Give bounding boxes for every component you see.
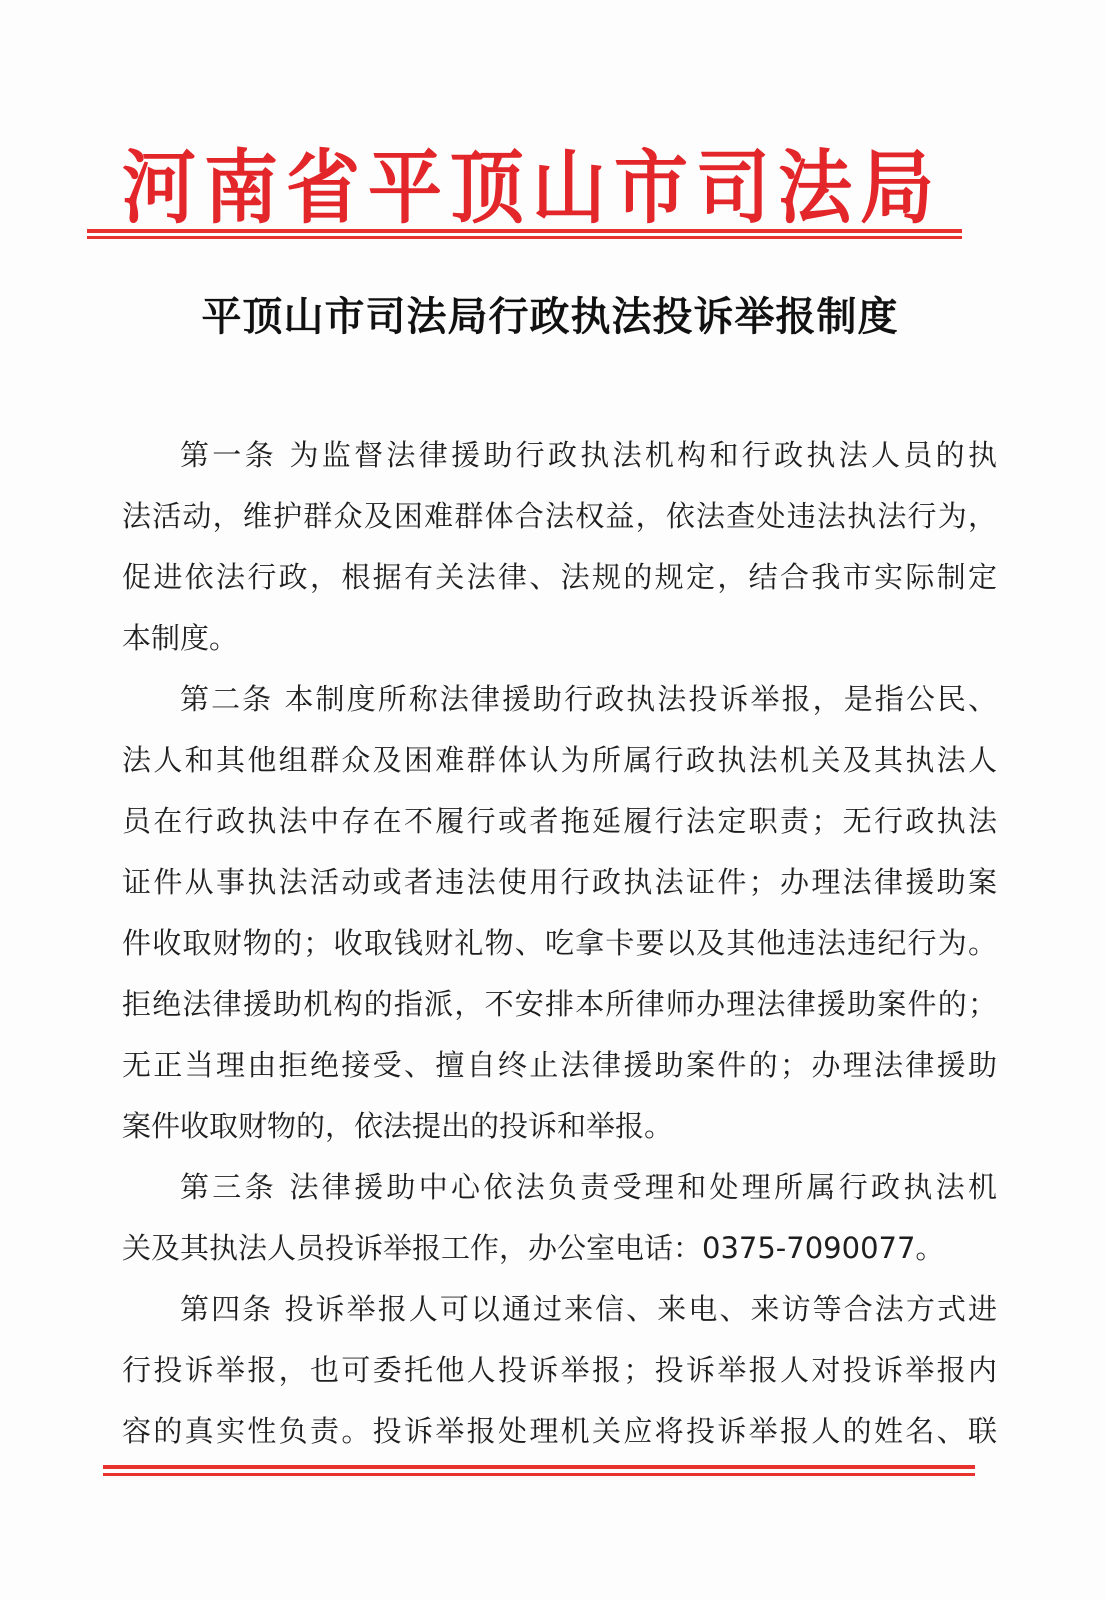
article-line: 本制度。 [122,608,997,669]
letterhead-char: 顶 [446,149,528,229]
article-line: 案件收取财物的，依法提出的投诉和举报。 [122,1096,997,1157]
article-line: 法人和其他组群众及困难群体认为所属行政执法机关及其执法人 [122,730,997,791]
letterhead-char: 市 [610,149,692,229]
document-page: 河 南 省 平 顶 山 市 司 法 局 平顶山市司法局行政执法投诉举报制度 第一… [0,0,1106,1600]
article-line: 件收取财物的；收取钱财礼物、吃拿卡要以及其他违法违纪行为。 [122,913,997,974]
letterhead-char: 省 [282,149,364,229]
letterhead-char: 南 [200,149,282,229]
article-3: 第三条 法律援助中心依法负责受理和处理所属行政执法机 关及其执法人员投诉举报工作… [122,1157,997,1279]
letterhead-char: 司 [692,149,774,229]
article-line: 容的真实性负责。投诉举报处理机关应将投诉举报人的姓名、联 [122,1401,997,1462]
letterhead-char: 平 [364,149,446,229]
article-4: 第四条 投诉举报人可以通过来信、来电、来访等合法方式进 行投诉举报，也可委托他人… [122,1279,997,1462]
article-line: 促进依法行政，根据有关法律、法规的规定，结合我市实际制定 [122,547,997,608]
article-line: 关及其执法人员投诉举报工作，办公室电话：0375-7090077。 [122,1218,997,1279]
document-title: 平顶山市司法局行政执法投诉举报制度 [150,285,950,342]
article-line: 拒绝法律援助机构的指派，不安排本所律师办理法律援助案件的； [122,974,997,1035]
article-line: 证件从事执法活动或者违法使用行政执法证件；办理法律援助案 [122,852,997,913]
article-line: 无正当理由拒绝接受、擅自终止法律援助案件的；办理法律援助 [122,1035,997,1096]
article-line: 第一条 为监督法律援助行政执法机构和行政执法人员的执 [122,425,997,486]
letterhead-org-name: 河 南 省 平 顶 山 市 司 法 局 [118,140,938,237]
article-1: 第一条 为监督法律援助行政执法机构和行政执法人员的执 法活动，维护群众及困难群体… [122,425,997,669]
article-line: 第二条 本制度所称法律援助行政执法投诉举报，是指公民、 [122,669,997,730]
document-body: 第一条 为监督法律援助行政执法机构和行政执法人员的执 法活动，维护群众及困难群体… [122,425,997,1462]
article-line: 行投诉举报，也可委托他人投诉举报；投诉举报人对投诉举报内 [122,1340,997,1401]
letterhead-char: 局 [856,149,938,229]
letterhead-char: 山 [528,149,610,229]
letterhead-char: 河 [118,149,200,229]
footer-rule-top [103,1465,975,1469]
footer-rule-bottom [103,1473,975,1476]
header-rule-top [87,229,962,233]
article-line: 员在行政执法中存在不履行或者拖延履行法定职责；无行政执法 [122,791,997,852]
article-line: 第四条 投诉举报人可以通过来信、来电、来访等合法方式进 [122,1279,997,1340]
article-2: 第二条 本制度所称法律援助行政执法投诉举报，是指公民、 法人和其他组群众及困难群… [122,669,997,1157]
article-line: 第三条 法律援助中心依法负责受理和处理所属行政执法机 [122,1157,997,1218]
article-line: 法活动，维护群众及困难群体合法权益，依法查处违法执法行为， [122,486,997,547]
header-rule-bottom [87,236,962,239]
letterhead-char: 法 [774,149,856,229]
